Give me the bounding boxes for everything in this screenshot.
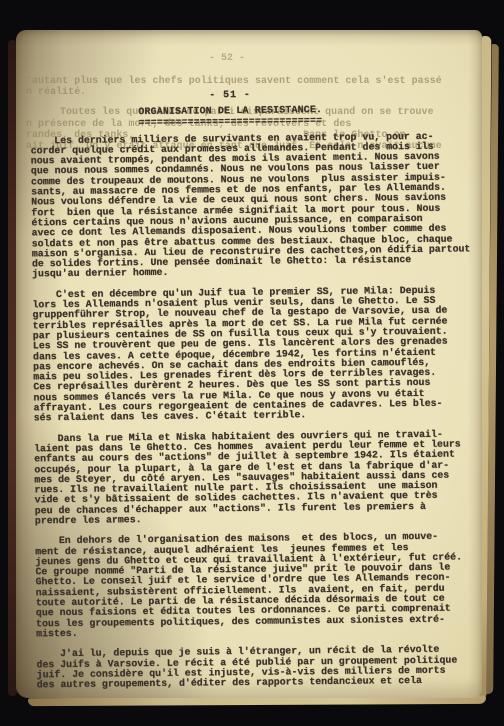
paragraph: C'est en décembre qu'un Juif tua le prem…: [32, 285, 477, 424]
typed-text-block: - 51 - ORGANISATION DE LA RESISTANCE. ==…: [30, 87, 481, 698]
photographed-book-page: - 52 - 'autant plus que les chefs politi…: [0, 0, 504, 726]
paragraph: J'ai lu, depuis que je suis à l'étranger…: [36, 645, 480, 691]
paragraph: En dehors de l'organisation des maisons …: [35, 532, 480, 640]
document-page: - 52 - 'autant plus que les chefs politi…: [16, 30, 482, 698]
paragraph: Les derniers milliers de survivants en a…: [30, 131, 476, 280]
document-header: - 51 - ORGANISATION DE LA RESISTANCE. ==…: [16, 88, 452, 129]
paragraph: Dans la rue Mila et Niska habitaient des…: [34, 429, 479, 527]
ghost-page-number: - 52 -: [162, 53, 292, 63]
ghost-text-line: 'autant plus que les chefs politiques sa…: [26, 76, 442, 86]
